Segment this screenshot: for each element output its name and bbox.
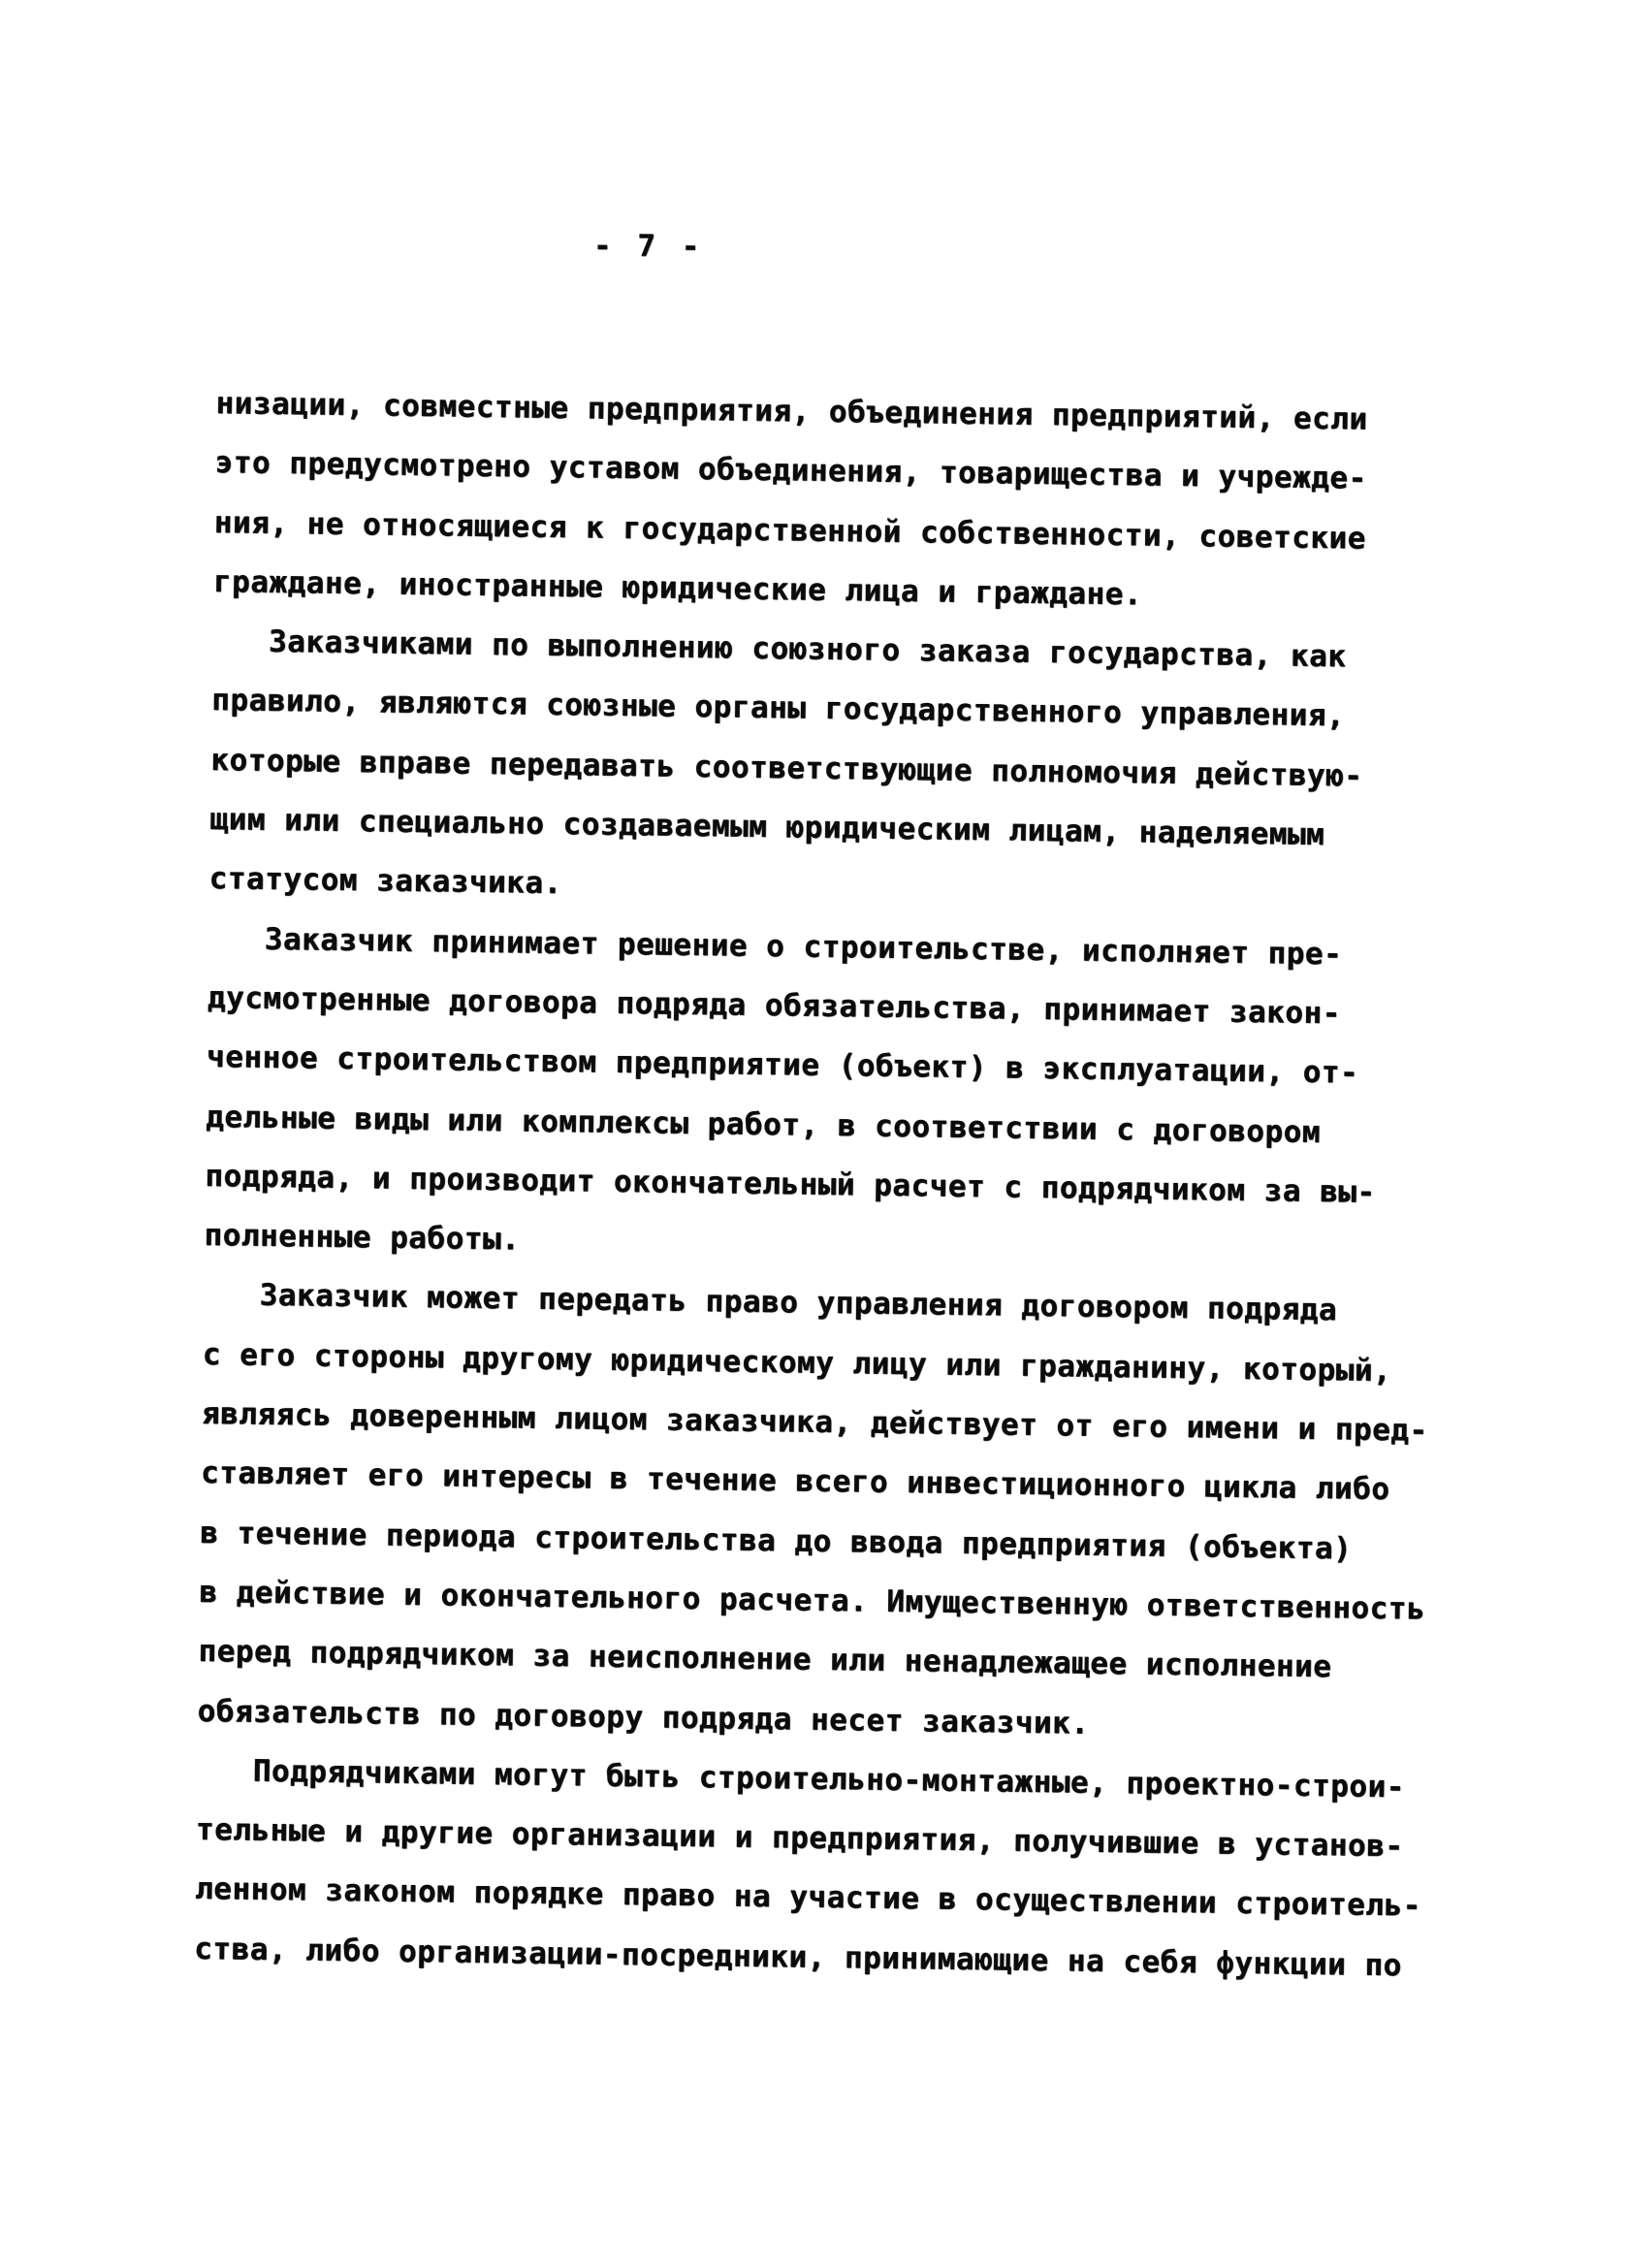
scanned-document-page: - 7 - низации, совместные предприятия, о…: [0, 0, 1627, 2268]
document-text-block: низации, совместные предприятия, объедин…: [194, 374, 1409, 1996]
paragraph: Подрядчиками могут быть строительно-монт…: [194, 1741, 1389, 1996]
paragraph: Заказчик принимает решение о строительст…: [204, 910, 1401, 1283]
page-number: - 7 -: [593, 229, 704, 265]
paragraph: Заказчиками по выполнению союзного заказ…: [208, 612, 1405, 926]
paragraph: Заказчик может передать право управления…: [197, 1265, 1396, 1758]
paragraph-continued: низации, совместные предприятия, объедин…: [213, 374, 1409, 628]
